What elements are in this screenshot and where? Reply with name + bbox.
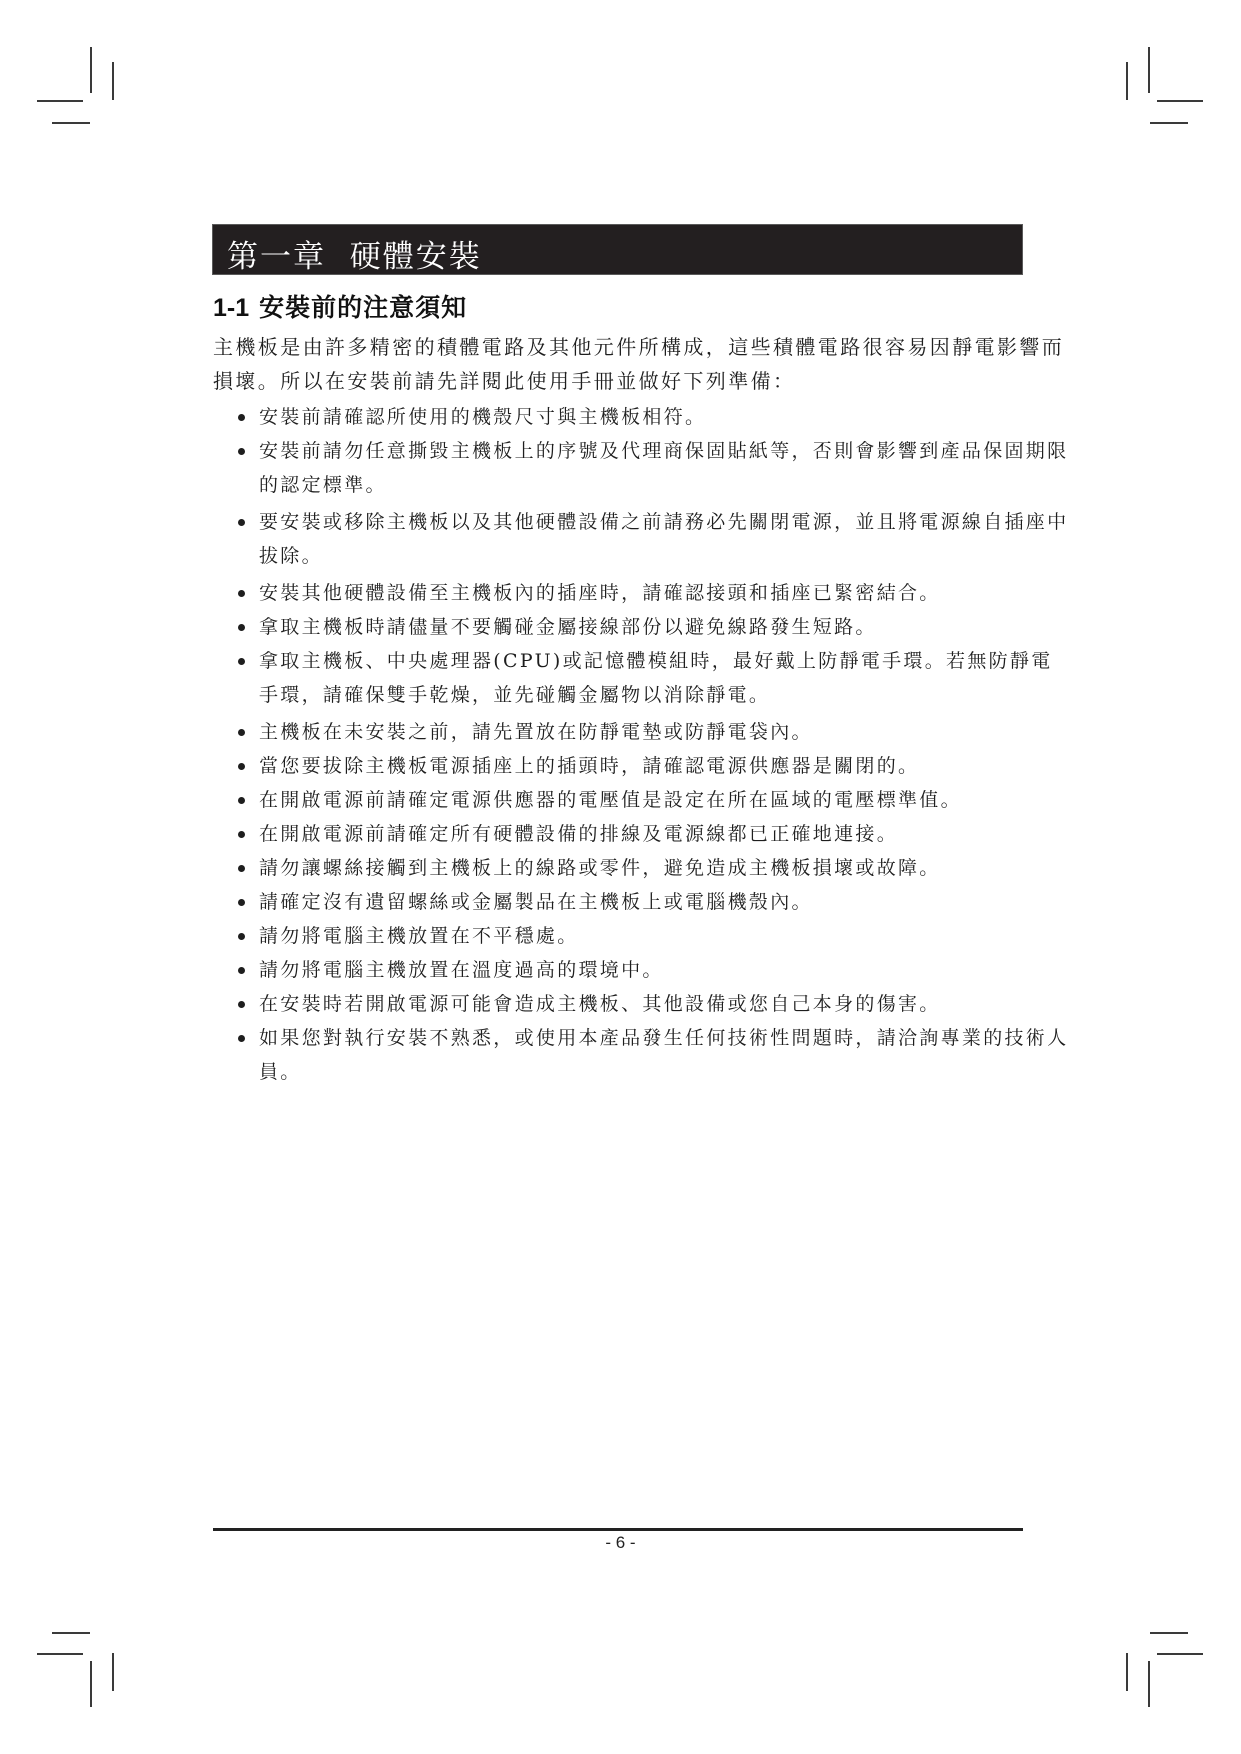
list-item-text: 拿取主機板時請儘量不要觸碰金屬接線部份以避免線路發生短路。 [259, 616, 877, 638]
chapter-title: 第一章 硬體安裝 [227, 231, 482, 276]
list-item-text: 當您要拔除主機板電源插座上的插頭時，請確認電源供應器是關閉的。 [259, 755, 919, 777]
crop-mark [52, 1632, 90, 1634]
list-item-text: 拿取主機板、中央處理器(CPU)或記憶體模組時，最好戴上防靜電手環。若無防靜電手… [259, 650, 1053, 706]
section-heading: 1-1安裝前的注意須知 [213, 288, 467, 324]
page-number: - 6 - [0, 1533, 1241, 1553]
bullet-icon [238, 967, 245, 974]
list-item: 在安裝時若開啟電源可能會造成主機板、其他設備或您自己本身的傷害。 [238, 987, 1073, 1021]
list-item: 主機板在未安裝之前，請先置放在防靜電墊或防靜電袋內。 [238, 715, 1073, 749]
list-item-text: 在開啟電源前請確定所有硬體設備的排線及電源線都已正確地連接。 [259, 823, 898, 845]
list-item: 安裝前請勿任意撕毀主機板上的序號及代理商保固貼紙等，否則會影響到產品保固期限的認… [238, 434, 1073, 502]
list-item: 安裝前請確認所使用的機殼尺寸與主機板相符。 [238, 400, 1073, 434]
bullet-icon [238, 763, 245, 770]
list-item-text: 安裝前請勿任意撕毀主機板上的序號及代理商保固貼紙等，否則會影響到產品保固期限的認… [259, 440, 1068, 496]
crop-mark [90, 1661, 92, 1707]
crop-mark [1148, 1661, 1150, 1707]
bullet-icon [238, 658, 245, 665]
bullet-icon [238, 831, 245, 838]
list-item: 拿取主機板時請儘量不要觸碰金屬接線部份以避免線路發生短路。 [238, 610, 1073, 644]
list-item: 如果您對執行安裝不熟悉，或使用本產品發生任何技術性問題時，請洽詢專業的技術人員。 [238, 1021, 1073, 1089]
list-item-text: 主機板在未安裝之前，請先置放在防靜電墊或防靜電袋內。 [259, 721, 813, 743]
list-item: 在開啟電源前請確定電源供應器的電壓值是設定在所在區域的電壓標準值。 [238, 783, 1073, 817]
list-item-text: 在安裝時若開啟電源可能會造成主機板、其他設備或您自己本身的傷害。 [259, 993, 941, 1015]
bullet-icon [238, 519, 245, 526]
list-item: 請確定沒有遺留螺絲或金屬製品在主機板上或電腦機殼內。 [238, 885, 1073, 919]
list-item-text: 安裝前請確認所使用的機殼尺寸與主機板相符。 [259, 406, 706, 428]
crop-mark [112, 62, 114, 100]
crop-mark [1126, 1653, 1128, 1691]
crop-mark [37, 100, 83, 102]
bullet-icon [238, 624, 245, 631]
list-item-text: 請勿讓螺絲接觸到主機板上的線路或零件，避免造成主機板損壞或故障。 [259, 857, 941, 879]
crop-mark [1150, 122, 1188, 124]
bullet-icon [238, 448, 245, 455]
bullet-icon [238, 1001, 245, 1008]
crop-mark [112, 1653, 114, 1691]
crop-mark [1157, 1653, 1203, 1655]
bullet-icon [238, 797, 245, 804]
list-item-text: 請勿將電腦主機放置在溫度過高的環境中。 [259, 959, 664, 981]
list-item: 請勿讓螺絲接觸到主機板上的線路或零件，避免造成主機板損壞或故障。 [238, 851, 1073, 885]
precautions-list: 安裝前請確認所使用的機殼尺寸與主機板相符。 安裝前請勿任意撕毀主機板上的序號及代… [238, 400, 1073, 1092]
list-item-text: 要安裝或移除主機板以及其他硬體設備之前請務必先關閉電源，並且將電源線自插座中拔除… [259, 511, 1068, 567]
bullet-icon [238, 729, 245, 736]
list-item: 拿取主機板、中央處理器(CPU)或記憶體模組時，最好戴上防靜電手環。若無防靜電手… [238, 644, 1073, 712]
list-item: 當您要拔除主機板電源插座上的插頭時，請確認電源供應器是關閉的。 [238, 749, 1073, 783]
list-item: 安裝其他硬體設備至主機板內的插座時，請確認接頭和插座已緊密結合。 [238, 576, 1073, 610]
bullet-icon [238, 590, 245, 597]
crop-mark [52, 122, 90, 124]
chapter-banner: 第一章 硬體安裝 [212, 224, 1023, 275]
list-item-text: 安裝其他硬體設備至主機板內的插座時，請確認接頭和插座已緊密結合。 [259, 582, 941, 604]
bullet-icon [238, 933, 245, 940]
intro-paragraph: 主機板是由許多精密的積體電路及其他元件所構成，這些積體電路很容易因靜電影響而損壞… [213, 330, 1073, 398]
bullet-icon [238, 865, 245, 872]
crop-mark [90, 47, 92, 93]
crop-mark [1150, 1632, 1188, 1634]
crop-mark [1126, 62, 1128, 100]
section-number: 1-1 [213, 294, 249, 322]
list-item-text: 在開啟電源前請確定電源供應器的電壓值是設定在所在區域的電壓標準值。 [259, 789, 962, 811]
list-item-text: 請勿將電腦主機放置在不平穩處。 [259, 925, 579, 947]
crop-mark [1157, 100, 1203, 102]
list-item-text: 請確定沒有遺留螺絲或金屬製品在主機板上或電腦機殼內。 [259, 891, 813, 913]
footer-divider [213, 1528, 1023, 1531]
bullet-icon [238, 414, 245, 421]
bullet-icon [238, 899, 245, 906]
crop-mark [1148, 47, 1150, 93]
list-item: 在開啟電源前請確定所有硬體設備的排線及電源線都已正確地連接。 [238, 817, 1073, 851]
list-item-text: 如果您對執行安裝不熟悉，或使用本產品發生任何技術性問題時，請洽詢專業的技術人員。 [259, 1027, 1068, 1083]
list-item: 請勿將電腦主機放置在溫度過高的環境中。 [238, 953, 1073, 987]
list-item: 要安裝或移除主機板以及其他硬體設備之前請務必先關閉電源，並且將電源線自插座中拔除… [238, 505, 1073, 573]
section-title: 安裝前的注意須知 [259, 293, 467, 322]
crop-mark [37, 1653, 83, 1655]
list-item: 請勿將電腦主機放置在不平穩處。 [238, 919, 1073, 953]
bullet-icon [238, 1035, 245, 1042]
